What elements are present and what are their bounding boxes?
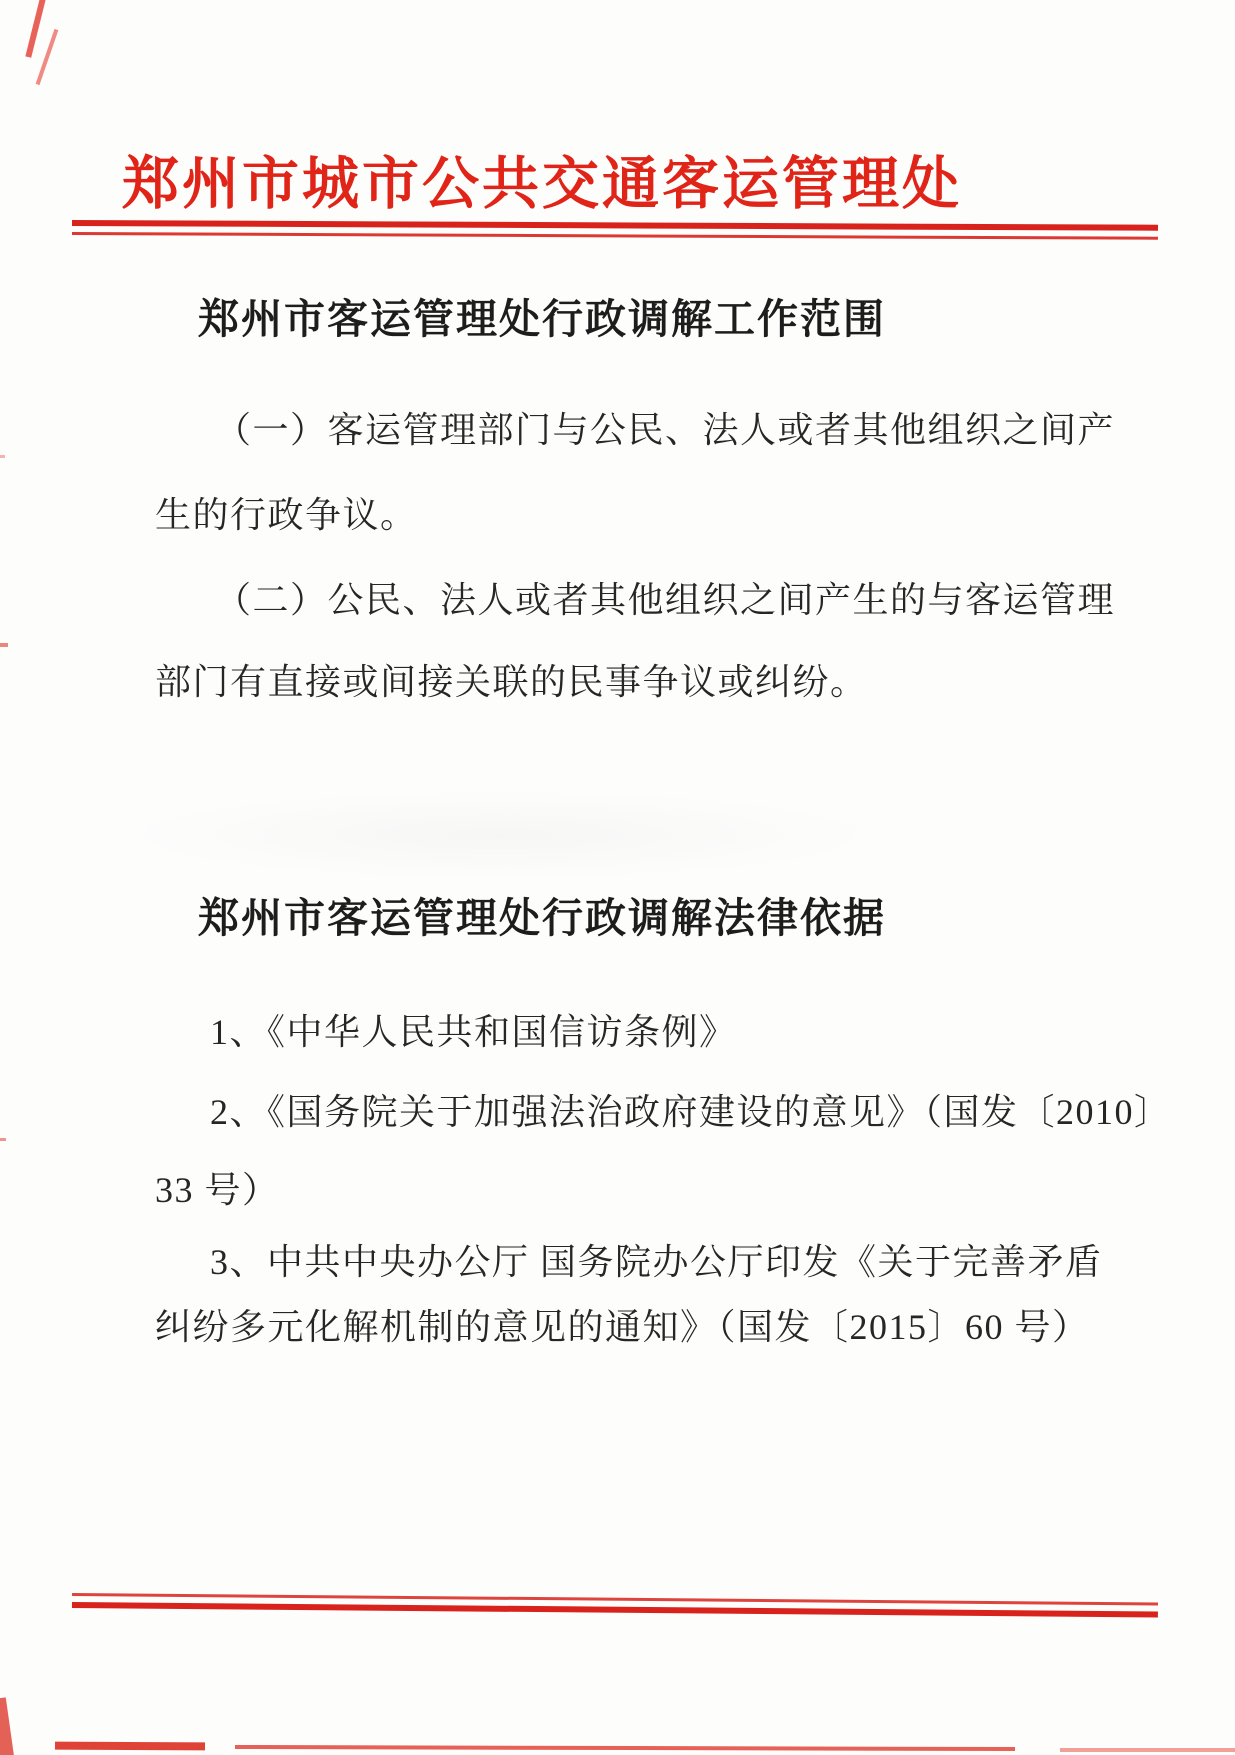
letterhead-title: 郑州市城市公共交通客运管理处 [62,138,1022,220]
scan-artifact-bottom-edge-3 [1060,1748,1235,1752]
scan-artifact-bottom-left-corner [0,1697,14,1755]
legal-item1-line1: 1、《中华人民共和国信访条例》 [155,1010,1110,1055]
legal-item2-line1: 2、《国务院关于加强法治政府建设的意见》（国发〔2010〕 [155,1090,1110,1135]
paragraph2-line1: （二）公民、法人或者其他组织之间产生的与客运管理 [155,578,1115,623]
scan-smudge [120,790,880,880]
legal-item2-line2: 33 号） [155,1168,1055,1213]
scan-artifact-bottom-edge-2 [235,1745,1015,1751]
scan-artifact-left-tick-2 [0,1138,6,1141]
paragraph1-line2: 生的行政争议。 [155,493,1055,538]
scan-artifact-left-tick [0,643,8,647]
scanned-document-page: 郑州市城市公共交通客运管理处 郑州市客运管理处行政调解工作范围 （一）客运管理部… [0,0,1235,1755]
section-title-legal-basis: 郑州市客运管理处行政调解法律依据 [62,885,1022,944]
legal-item3-line2: 纠纷多元化解机制的意见的通知》（国发〔2015〕60 号） [155,1305,1055,1350]
footer-divider [72,1593,1158,1617]
scan-artifact-top-left [25,0,46,58]
legal-item3-line1: 3、中共中央办公厅 国务院办公厅印发《关于完善矛盾 [155,1240,1110,1285]
paragraph2-line2: 部门有直接或间接关联的民事争议或纠纷。 [155,660,1055,705]
letterhead-divider [72,220,1158,240]
paragraph1-line1: （一）客运管理部门与公民、法人或者其他组织之间产 [155,408,1115,453]
scan-artifact-bottom-edge-1 [55,1742,205,1751]
section-title-scope: 郑州市客运管理处行政调解工作范围 [62,286,1022,345]
scan-artifact-top-left-2 [36,29,59,85]
scan-artifact-left-tick-3 [0,455,5,458]
